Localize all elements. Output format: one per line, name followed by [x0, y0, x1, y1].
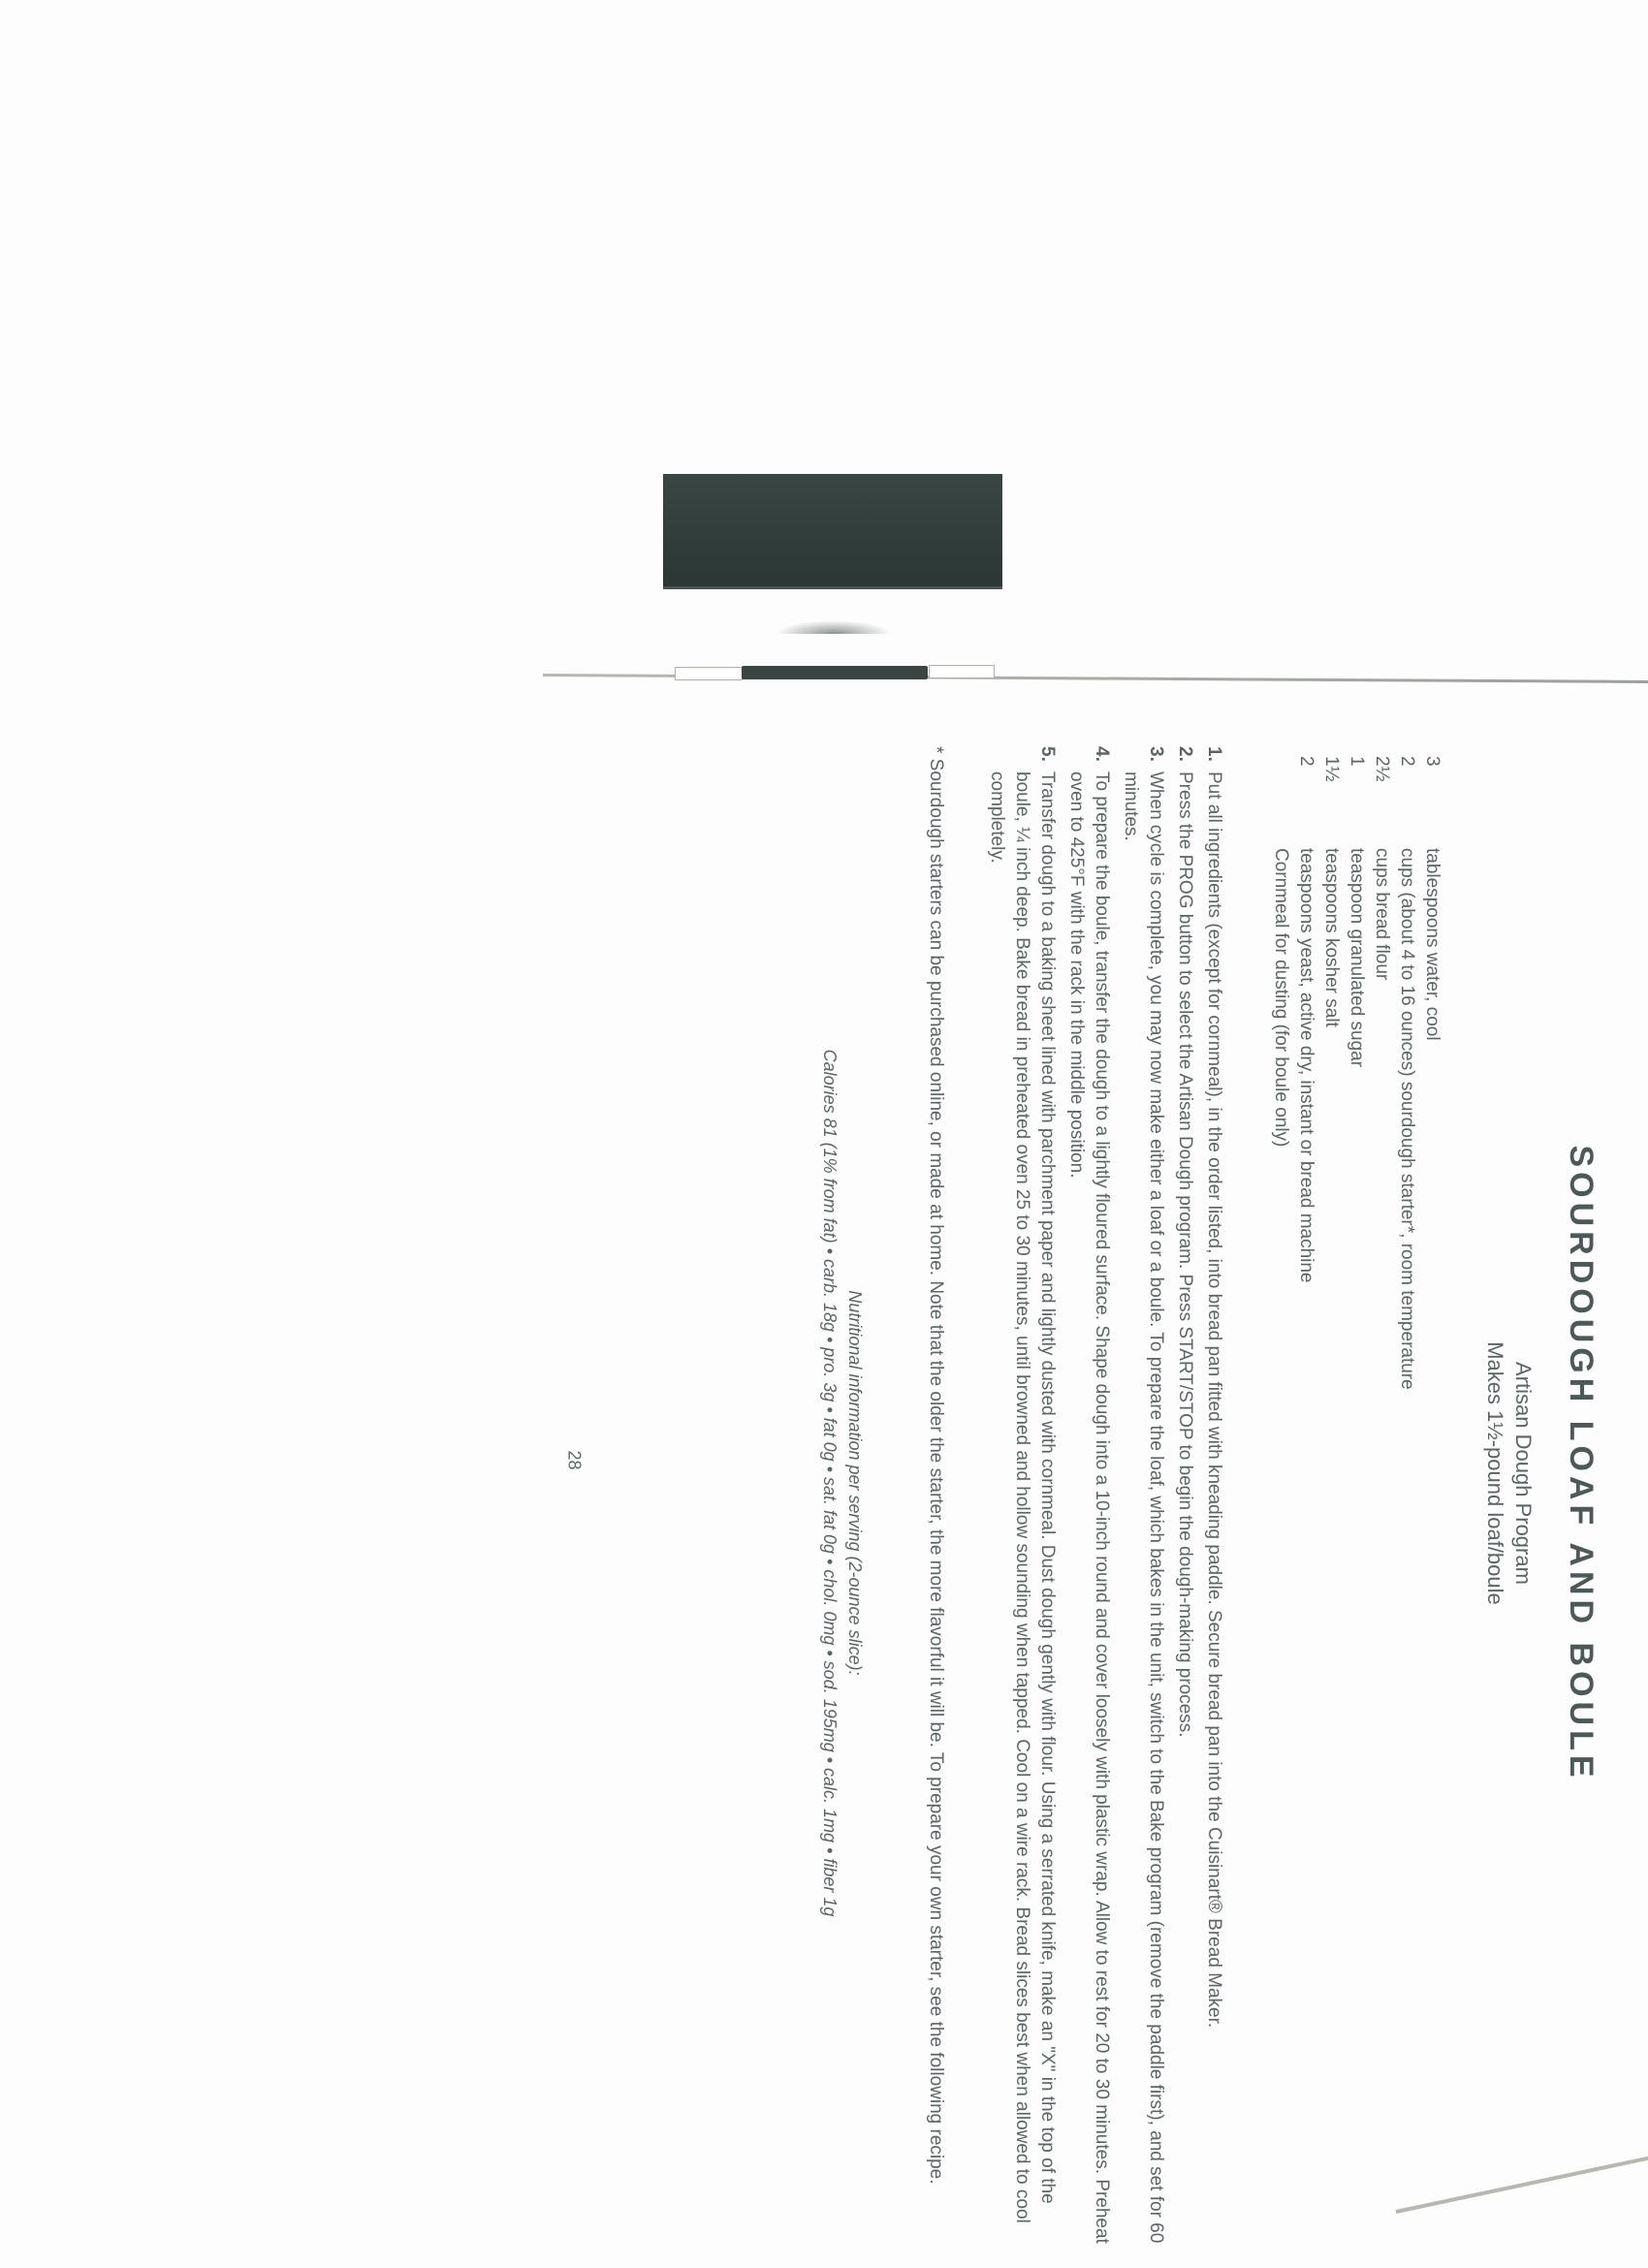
- ingredient-desc: teaspoon granulated sugar: [1344, 848, 1369, 1067]
- ingredient-desc: cups (about 4 to 16 ounces) sourdough st…: [1394, 848, 1419, 1390]
- instruction-step: 4.To prepare the boule, transfer the dou…: [1063, 746, 1114, 2258]
- ingredient-row: 3tablespoons water, cool: [1419, 756, 1444, 1390]
- fold-tab-right: [929, 665, 995, 678]
- ingredient-qty: 1½: [1318, 756, 1344, 848]
- instructions-list: 1.Put all ingredients (except for cornme…: [980, 746, 1226, 2258]
- recipe-title: SOURDOUGH LOAF AND BOULE: [1562, 1124, 1600, 1803]
- instruction-step: 5.Transfer dough to a baking sheet lined…: [984, 746, 1060, 2258]
- nutrition-info: Nutritional information per serving (2-o…: [817, 950, 868, 2016]
- ingredient-qty: 3: [1419, 756, 1444, 848]
- scan-arc-shadow: [776, 620, 892, 634]
- step-text: Transfer dough to a baking sheet lined w…: [984, 772, 1060, 2258]
- step-text: To prepare the boule, transfer the dough…: [1063, 772, 1114, 2258]
- fold-tab-left: [675, 667, 743, 680]
- step-number: 3.: [1118, 746, 1168, 772]
- step-number: 5.: [984, 746, 1060, 772]
- instruction-step: 3.When cycle is complete, you may now ma…: [1118, 746, 1168, 2258]
- nutrition-heading: Nutritional information per serving (2-o…: [842, 950, 868, 2016]
- instruction-step: 2.Press the PROG button to select the Ar…: [1172, 746, 1197, 2258]
- step-text: When cycle is complete, you may now make…: [1118, 772, 1168, 2258]
- ingredients-list: 3tablespoons water, cool2cups (about 4 t…: [1268, 756, 1444, 1390]
- ingredient-row: 2½cups bread flour: [1369, 756, 1394, 1390]
- step-text: Put all ingredients (except for cornmeal…: [1201, 772, 1226, 2258]
- ingredient-qty: 2½: [1369, 756, 1394, 848]
- ingredient-desc: tablespoons water, cool: [1419, 848, 1444, 1041]
- ingredient-row: Cornmeal for dusting (for boule only): [1268, 756, 1293, 1390]
- ingredient-row: 2cups (about 4 to 16 ounces) sourdough s…: [1394, 756, 1419, 1390]
- nutrition-values: Calories 81 (1% from fat) • carb. 18g • …: [817, 950, 842, 2016]
- fold-tab-dark: [742, 666, 928, 679]
- ingredient-qty: [1268, 756, 1293, 848]
- step-number: 2.: [1172, 746, 1197, 772]
- instruction-step: 1.Put all ingredients (except for cornme…: [1201, 746, 1226, 2258]
- ingredient-qty: 1: [1344, 756, 1369, 848]
- scan-shadow-block: [663, 474, 1002, 589]
- ingredient-desc: cups bread flour: [1369, 848, 1394, 980]
- recipe-yield: Makes 1½-pound loaf/boule: [1482, 1250, 1507, 1696]
- ingredient-desc: teaspoons yeast, active dry, instant or …: [1293, 848, 1318, 1283]
- ingredient-row: 1½teaspoons kosher salt: [1318, 756, 1344, 1390]
- ingredient-qty: 2: [1293, 756, 1318, 848]
- recipe-page: SOURDOUGH LOAF AND BOULE Artisan Dough P…: [766, 737, 1600, 2249]
- step-number: 1.: [1201, 746, 1226, 772]
- ingredient-desc: teaspoons kosher salt: [1318, 848, 1344, 1027]
- ingredient-row: 2teaspoons yeast, active dry, instant or…: [1293, 756, 1318, 1390]
- ingredient-desc: Cornmeal for dusting (for boule only): [1268, 848, 1293, 1147]
- step-number: 4.: [1063, 746, 1114, 772]
- ingredient-qty: 2: [1394, 756, 1419, 848]
- program-name: Artisan Dough Program: [1510, 1250, 1536, 1696]
- step-text: Press the PROG button to select the Arti…: [1172, 772, 1197, 2258]
- page-number: 28: [564, 1450, 585, 1469]
- ingredient-row: 1teaspoon granulated sugar: [1344, 756, 1369, 1390]
- footnote: * Sourdough starters can be purchased on…: [923, 746, 948, 2258]
